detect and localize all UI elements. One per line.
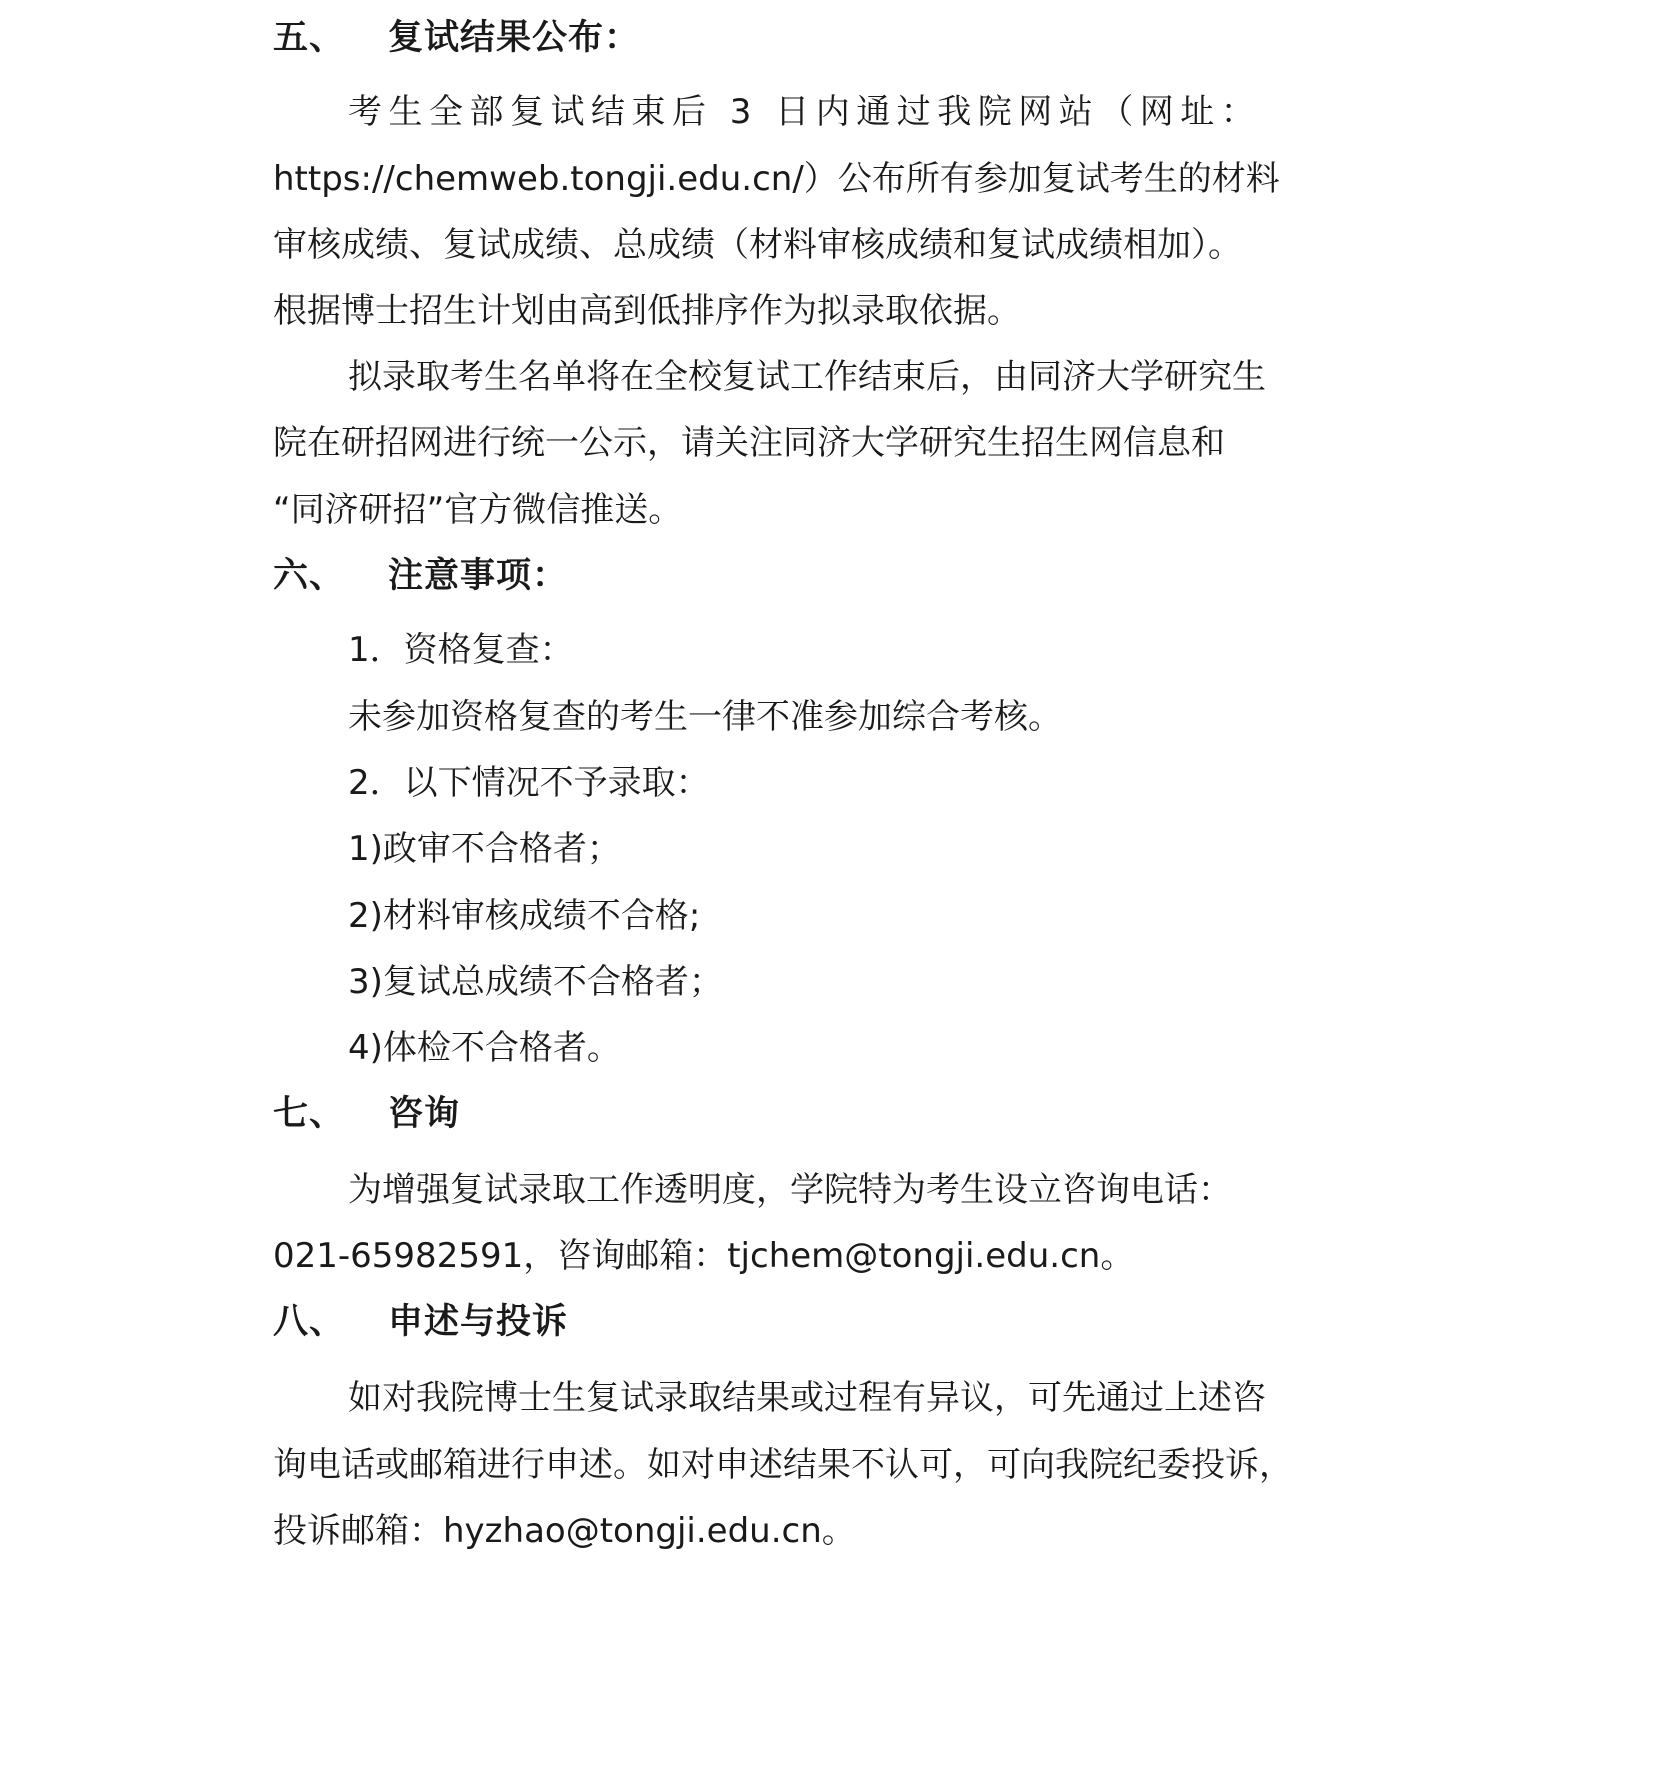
section-number: 八、 [273, 1302, 388, 1342]
paragraph-line: 拟录取考生名单将在全校复试工作结束后，由同济大学研究生 [348, 357, 1266, 397]
paragraph-line: 如对我院博士生复试录取结果或过程有异议，可先通过上述咨 [348, 1378, 1266, 1418]
list-item: 1．资格复查： [348, 630, 574, 670]
section-title: 申述与投诉 [388, 1302, 568, 1342]
paragraph-line: 询电话或邮箱进行申述。如对申述结果不认可，可向我院纪委投诉， [273, 1445, 1293, 1485]
list-item: 2)材料审核成绩不合格; [348, 896, 700, 936]
list-item: 未参加资格复查的考生一律不准参加综合考核。 [348, 697, 1062, 737]
paragraph-line: 审核成绩、复试成绩、总成绩（材料审核成绩和复试成绩相加）。 [273, 225, 1242, 265]
section-number: 六、 [273, 556, 388, 596]
section-heading-7: 七、咨询 [273, 1094, 460, 1134]
list-item: 1)政审不合格者； [348, 829, 621, 869]
list-item: 2．以下情况不予录取： [348, 763, 710, 803]
paragraph-line: 根据博士招生计划由高到低排序作为拟录取依据。 [273, 291, 1021, 331]
section-title: 咨询 [388, 1094, 460, 1134]
section-heading-8: 八、申述与投诉 [273, 1302, 568, 1342]
section-number: 五、 [273, 18, 388, 58]
paragraph-line-contact[interactable]: 投诉邮箱：hyzhao@tongji.edu.cn。 [273, 1511, 856, 1551]
paragraph-line: “同济研招”官方微信推送。 [273, 490, 682, 530]
section-heading-6: 六、注意事项： [273, 556, 568, 596]
paragraph-line: 院在研招网进行统一公示，请关注同济大学研究生招生网信息和 [273, 423, 1225, 463]
section-title: 复试结果公布： [388, 18, 640, 58]
list-item: 3)复试总成绩不合格者； [348, 962, 723, 1002]
section-title: 注意事项： [388, 556, 568, 596]
paragraph-line-contact[interactable]: 021-65982591，咨询邮箱：tjchem@tongji.edu.cn。 [273, 1236, 1134, 1276]
section-number: 七、 [273, 1094, 388, 1134]
paragraph-line-with-link[interactable]: https://chemweb.tongji.edu.cn/）公布所有参加复试考… [273, 159, 1280, 199]
section-heading-5: 五、复试结果公布： [273, 18, 640, 58]
list-item: 4)体检不合格者。 [348, 1028, 621, 1068]
paragraph-line: 考生全部复试结束后 3 日内通过我院网站（网址： [348, 92, 1261, 132]
paragraph-line: 为增强复试录取工作透明度，学院特为考生设立咨询电话： [348, 1170, 1232, 1210]
